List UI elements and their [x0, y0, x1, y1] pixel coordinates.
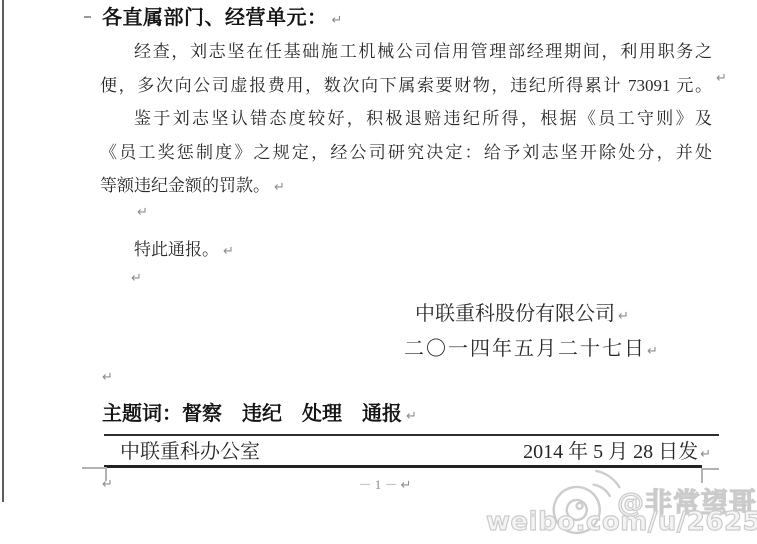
body-line-text: 等额违纪金额的罚款。 — [100, 176, 270, 195]
paragraph-mark: ↵ — [332, 13, 343, 28]
paragraph-mark: ↵ — [618, 309, 629, 324]
paragraph-mark: ↵ — [401, 478, 412, 493]
signature-company-text: 中联重科股份有限公司 — [415, 303, 615, 325]
scan-left-border — [2, 0, 4, 502]
salutation-line: 各直属部门、经营单元：↵ — [102, 4, 342, 35]
paragraph-mark: ↵ — [700, 447, 711, 462]
body-paragraph-1: 经查，刘志坚在任基础施工机械公司信用管理部经理期间，利用职务之 便，多次向公司虚… — [100, 35, 712, 102]
body-paragraph-2: 鉴于刘志坚认错态度较好，积极退赔违纪所得，根据《员工守则》及 《员工奖惩制度》之… — [100, 102, 712, 205]
body-line-text: 便，多次向公司虚报费用，数次向下属索要财物，违纪所得累计 73091 元。 — [100, 76, 712, 95]
signature-company: 中联重科股份有限公司↵ — [415, 300, 629, 331]
closing-line: 特此通报。↵ — [100, 233, 712, 269]
subject-keywords-line: 主题词：督察 违纪 处理 通报↵ — [102, 400, 417, 431]
paragraph-mark: ↵ — [406, 409, 417, 424]
salutation-text: 各直属部门、经营单元： — [102, 7, 328, 29]
rule-stub-right — [701, 468, 719, 470]
signature-date: 二〇一四年五月二十七日↵ — [404, 335, 658, 366]
rule-stub-left — [82, 467, 105, 469]
paragraph-mark: ↵ — [137, 206, 148, 220]
body-line: 等额违纪金额的罚款。↵ — [100, 169, 712, 205]
page-number-text: － 1 － — [359, 477, 398, 492]
watermark-url: weibo.com/u/2625937181 — [486, 507, 757, 537]
paragraph-mark: ↵ — [716, 62, 727, 96]
signature-date-text: 二〇一四年五月二十七日 — [404, 338, 646, 360]
body-line: 经查，刘志坚在任基础施工机械公司信用管理部经理期间，利用职务之 — [100, 35, 712, 69]
body-line: 鉴于刘志坚认错态度较好，积极退赔违纪所得，根据《员工守则》及 — [100, 102, 712, 136]
paragraph-mark: ↵ — [274, 180, 285, 195]
body-line: 便，多次向公司虚报费用，数次向下属索要财物，违纪所得累计 73091 元。↵ — [100, 69, 712, 103]
closing-text: 特此通报。 — [134, 240, 219, 259]
paragraph-mark: ↵ — [647, 344, 658, 359]
body-line: 《员工奖惩制度》之规定，经公司研究决定：给予刘志坚开除处分，并处 — [100, 136, 712, 170]
document-page: 各直属部门、经营单元：↵ 经查，刘志坚在任基础施工机械公司信用管理部经理期间，利… — [0, 0, 757, 544]
horizontal-rule-top — [104, 434, 719, 436]
paragraph-mark: ↵ — [102, 371, 113, 385]
paragraph-mark: ↵ — [131, 272, 142, 286]
scan-margin-artifact — [84, 16, 91, 18]
subject-keywords-text: 主题词：督察 违纪 处理 通报 — [102, 403, 402, 425]
issuing-office: 中联重科办公室 — [120, 439, 260, 465]
paragraph-mark: ↵ — [223, 244, 234, 259]
